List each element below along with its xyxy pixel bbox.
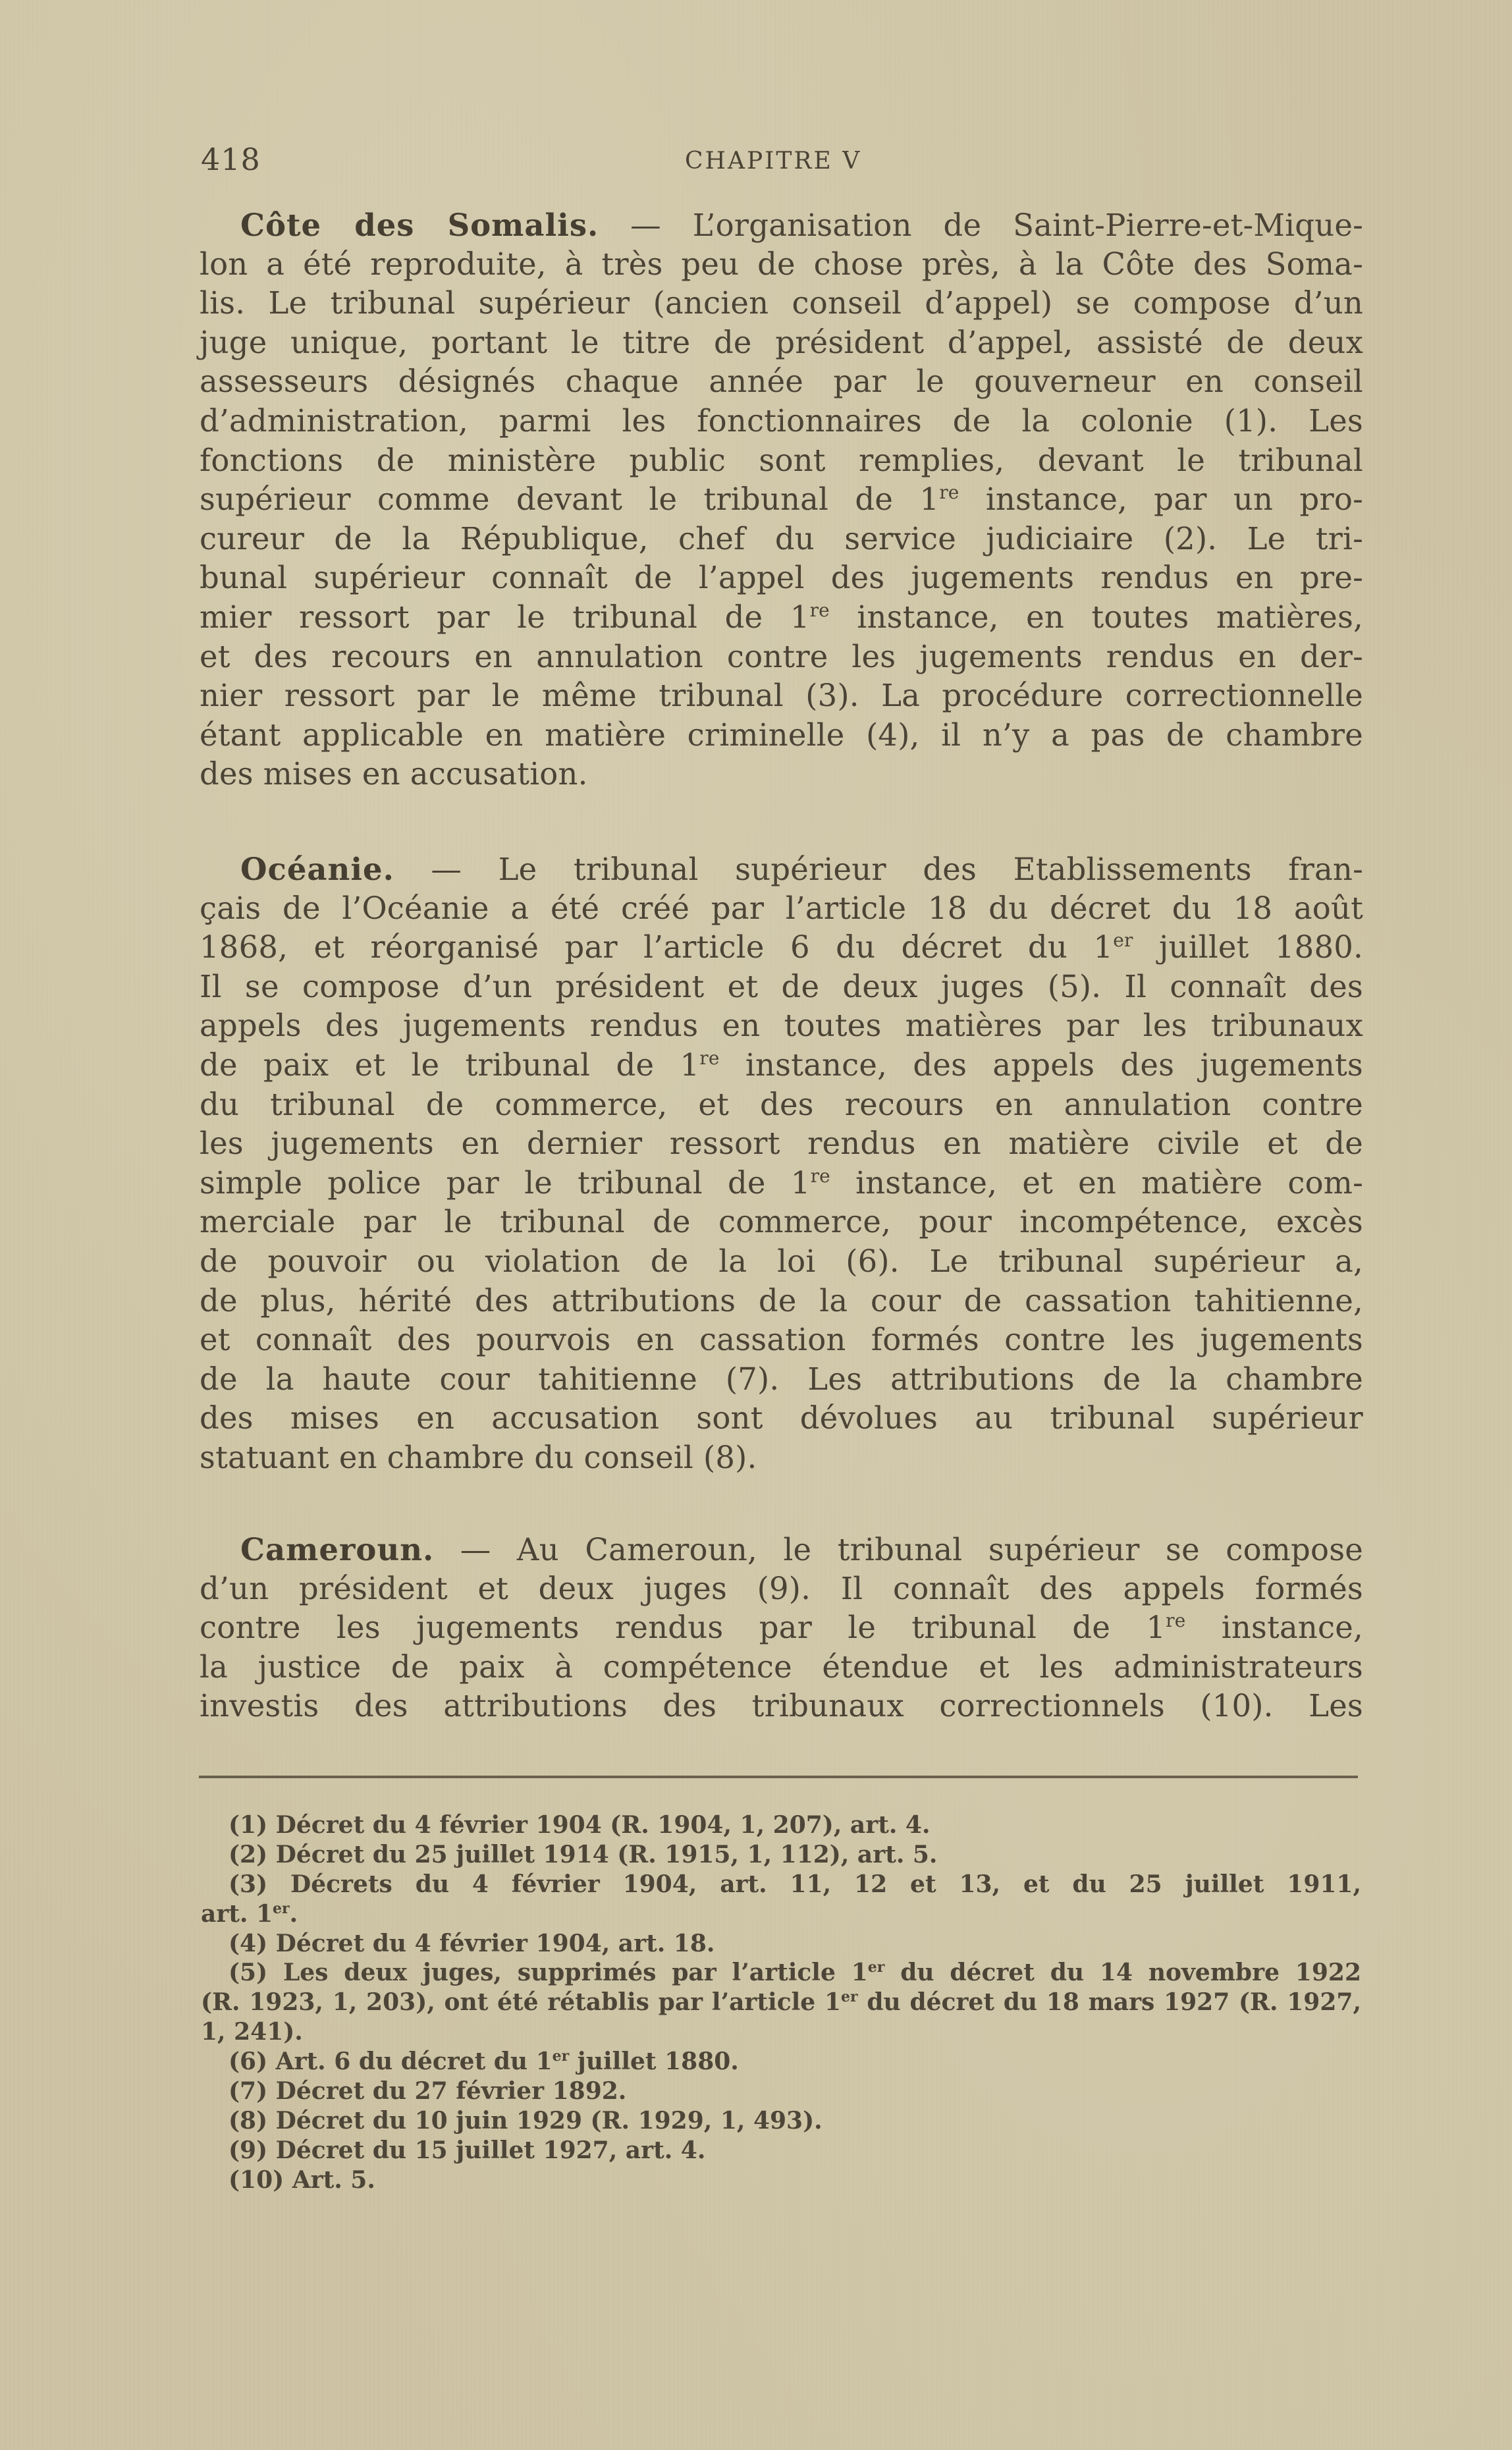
section-heading: Cameroun. [240, 1531, 434, 1567]
text-line: d’administration, parmi les fonctionnair… [200, 402, 1363, 441]
footnote-2: (2) Décret du 25 juillet 1914 (R. 1915, … [201, 1840, 1361, 1870]
footnote-6: (6) Art. 6 du décret du 1er juillet 1880… [201, 2047, 1361, 2077]
book-page: 418 CHAPITRE V Côte des Somalis. — L’org… [0, 0, 1512, 2450]
text-line: et des recours en annulation contre les … [200, 638, 1363, 677]
footnote-5-continued: (R. 1923, 1, 203), ont été rétablis par … [201, 1988, 1361, 2017]
text-line: d’un président et deux juges (9). Il con… [200, 1569, 1363, 1609]
running-head: 418 CHAPITRE V [201, 140, 1363, 179]
text-line: de paix et le tribunal de 1re instance, … [200, 1046, 1363, 1085]
footnote-3: (3) Décrets du 4 février 1904, art. 11, … [201, 1870, 1361, 1899]
text-line: des mises en accusation sont dévolues au… [200, 1399, 1363, 1438]
text-line: la justice de paix à compétence étendue … [200, 1648, 1363, 1687]
text-line: investis des attributions des tribunaux … [200, 1687, 1363, 1726]
footnote-10: (10) Art. 5. [201, 2165, 1361, 2195]
page-number: 418 [201, 140, 261, 179]
chapter-title: CHAPITRE V [685, 144, 861, 179]
footnote-1: (1) Décret du 4 février 1904 (R. 1904, 1… [201, 1810, 1361, 1840]
section-oceanie: Océanie. — Le tribunal supérieur des Eta… [200, 850, 1363, 1478]
text-line: lon a été reproduite, à très peu de chos… [200, 245, 1363, 285]
footnotes: (1) Décret du 4 février 1904 (R. 1904, 1… [201, 1810, 1361, 2195]
text-line: Côte des Somalis. — L’organisation de Sa… [200, 205, 1363, 245]
text-line: des mises en accusation. [200, 755, 1363, 794]
text-line: çais de l’Océanie a été créé par l’artic… [200, 889, 1363, 929]
text-line: statuant en chambre du conseil (8). [200, 1438, 1363, 1478]
footnote-3-continued: art. 1er. [201, 1899, 1361, 1929]
text-line: merciale par le tribunal de commerce, po… [200, 1203, 1363, 1242]
text-line: Cameroun. — Au Cameroun, le tribunal sup… [200, 1530, 1363, 1569]
text-line: juge unique, portant le titre de préside… [200, 323, 1363, 363]
text-line: de pouvoir ou violation de la loi (6). L… [200, 1242, 1363, 1282]
section-cote-des-somalis: Côte des Somalis. — L’organisation de Sa… [200, 205, 1363, 794]
text-line: de la haute cour tahitienne (7). Les att… [200, 1360, 1363, 1400]
footnote-8: (8) Décret du 10 juin 1929 (R. 1929, 1, … [201, 2106, 1361, 2136]
footnote-9: (9) Décret du 15 juillet 1927, art. 4. [201, 2136, 1361, 2165]
footnote-5: (5) Les deux juges, supprimés par l’arti… [201, 1958, 1361, 1988]
text-line: lis. Le tribunal supérieur (ancien conse… [200, 284, 1363, 323]
text-line: appels des jugements rendus en toutes ma… [200, 1006, 1363, 1046]
text-line: et connaît des pourvois en cassation for… [200, 1320, 1363, 1360]
section-cameroun: Cameroun. — Au Cameroun, le tribunal sup… [200, 1530, 1363, 1726]
text-line: bunal supérieur connaît de l’appel des j… [200, 558, 1363, 598]
text-line: cureur de la République, chef du service… [200, 520, 1363, 559]
text-line: fonctions de ministère public sont rempl… [200, 441, 1363, 481]
text-line: simple police par le tribunal de 1re ins… [200, 1164, 1363, 1203]
text-line: les jugements en dernier ressort rendus … [200, 1124, 1363, 1164]
text-line: assesseurs désignés chaque année par le … [200, 362, 1363, 402]
footnote-4: (4) Décret du 4 février 1904, art. 18. [201, 1929, 1361, 1959]
footnote-divider [199, 1776, 1358, 1778]
section-heading: Océanie. [240, 851, 394, 887]
footnote-7: (7) Décret du 27 février 1892. [201, 2077, 1361, 2106]
text-line: 1868, et réorganisé par l’article 6 du d… [200, 928, 1363, 967]
text-line: mier ressort par le tribunal de 1re inst… [200, 598, 1363, 638]
text-line: supérieur comme devant le tribunal de 1r… [200, 480, 1363, 520]
text-line: contre les jugements rendus par le tribu… [200, 1608, 1363, 1648]
text-line: Il se compose d’un président et de deux … [200, 967, 1363, 1007]
text-line: du tribunal de commerce, et des recours … [200, 1085, 1363, 1125]
text-line: Océanie. — Le tribunal supérieur des Eta… [200, 850, 1363, 889]
text-line: de plus, hérité des attributions de la c… [200, 1282, 1363, 1321]
text-line: nier ressort par le même tribunal (3). L… [200, 676, 1363, 716]
footnote-5-end: 1, 241). [201, 2017, 1361, 2047]
section-heading: Côte des Somalis. [240, 207, 599, 243]
text-line: étant applicable en matière criminelle (… [200, 716, 1363, 755]
